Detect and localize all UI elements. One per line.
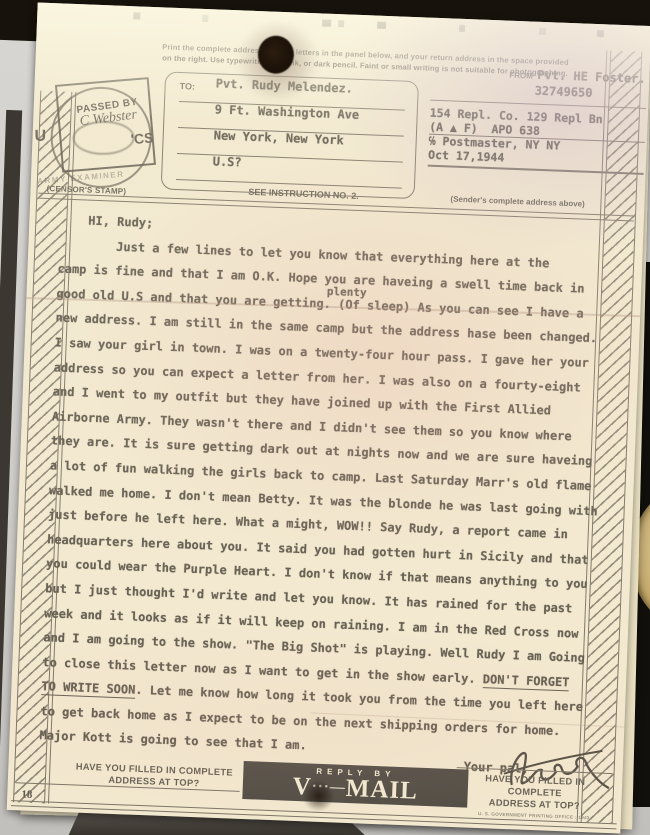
ink-smudge <box>303 779 334 812</box>
from-label: FROM <box>509 71 533 81</box>
from-address-block: FROM Pvt. HE Foster. 32749650 154 Repl. … <box>428 62 648 175</box>
scan-background: Print the complete address in plain lett… <box>0 0 650 835</box>
censor-code-left: U <box>34 128 46 146</box>
vmail-mail: MAIL <box>345 775 418 805</box>
censor-stamp: PASSED BY C Webster U 'CS ARMY EXAMINER <box>38 80 160 194</box>
film-mark <box>539 28 546 35</box>
film-mark <box>133 12 140 19</box>
film-mark <box>597 30 604 37</box>
film-mark <box>459 25 465 32</box>
letter-insertion-plenty: plenty <box>327 285 367 300</box>
footer-right-question: HAVE YOU FILLED IN COMPLETE ADDRESS AT T… <box>459 771 611 825</box>
censor-code-right: 'CS <box>130 129 154 147</box>
from-name: Pvt. HE Foster. <box>537 68 646 86</box>
page-number: 18 <box>21 788 32 800</box>
sender-address-caption: (Sender's complete address above) <box>450 195 585 209</box>
vmail-form: Print the complete address in plain lett… <box>7 3 650 834</box>
film-mark <box>322 19 331 26</box>
vmail-logo-box: REPLY BY V···—MAIL <box>242 761 468 808</box>
film-mark <box>202 15 208 22</box>
film-mark <box>338 20 344 27</box>
film-mark <box>377 22 386 29</box>
